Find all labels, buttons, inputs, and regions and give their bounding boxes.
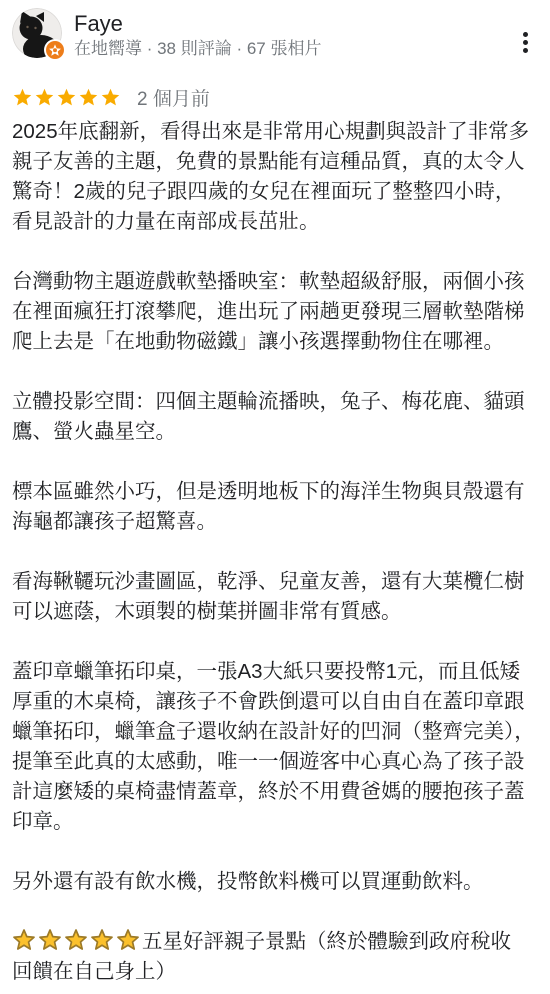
star-emoji-icon bbox=[116, 928, 140, 952]
local-guide-badge-icon bbox=[44, 39, 66, 61]
review-header: Faye 在地嚮導 · 38 則評論 · 67 張相片 bbox=[0, 0, 550, 59]
star-emoji-icon bbox=[64, 928, 88, 952]
review-paragraph: 立體投影空間：四個主題輪流播映，兔子、梅花鹿、貓頭 鷹、螢火蟲星空。 bbox=[12, 387, 538, 447]
star-icon bbox=[56, 87, 77, 108]
reviewer-info: Faye 在地嚮導 · 38 則評論 · 67 張相片 bbox=[74, 8, 321, 59]
reviewer-meta: 在地嚮導 · 38 則評論 · 67 張相片 bbox=[74, 38, 321, 59]
review-card: Faye 在地嚮導 · 38 則評論 · 67 張相片 2 個月前 2025年底… bbox=[0, 0, 550, 994]
review-closing-line: 五星好評親子景點（終於體驗到政府稅收 回饋在自己身上） bbox=[12, 927, 538, 987]
star-icon bbox=[78, 87, 99, 108]
avatar[interactable] bbox=[12, 8, 62, 58]
star-emoji-icon bbox=[90, 928, 114, 952]
more-options-icon[interactable] bbox=[519, 26, 532, 59]
star-icon bbox=[38, 928, 62, 952]
star-icon bbox=[12, 87, 33, 108]
star-icon bbox=[64, 928, 88, 952]
star-icon bbox=[116, 928, 140, 952]
rating-stars bbox=[12, 87, 122, 108]
star-emoji-icon bbox=[12, 928, 36, 952]
review-paragraph: 看海鞦韆玩沙畫圖區，乾淨、兒童友善，還有大葉欖仁樹 可以遮蔭，木頭製的樹葉拼圖非… bbox=[12, 567, 538, 627]
review-paragraph: 蓋印章蠟筆拓印桌，一張A3大紙只要投幣1元，而且低矮 厚重的木桌椅，讓孩子不會跌… bbox=[12, 657, 538, 837]
review-body: 2025年底翻新，看得出來是非常用心規劃與設計了非常多 親子友善的主題，免費的景… bbox=[0, 117, 550, 987]
review-paragraph: 標本區雖然小巧，但是透明地板下的海洋生物與貝殼還有 海龜都讓孩子超驚喜。 bbox=[12, 477, 538, 537]
rating-row: 2 個月前 bbox=[0, 86, 550, 108]
star-icon bbox=[34, 87, 55, 108]
review-paragraph: 2025年底翻新，看得出來是非常用心規劃與設計了非常多 親子友善的主題，免費的景… bbox=[12, 117, 538, 237]
review-paragraph: 台灣動物主題遊戲軟墊播映室：軟墊超級舒服，兩個小孩 在裡面瘋狂打滾攀爬，進出玩了… bbox=[12, 267, 538, 357]
reviewer-name[interactable]: Faye bbox=[74, 11, 321, 37]
star-emoji-icon bbox=[38, 928, 62, 952]
star-icon bbox=[100, 87, 121, 108]
review-age: 2 個月前 bbox=[137, 84, 210, 111]
star-icon bbox=[12, 928, 36, 952]
star-icon bbox=[90, 928, 114, 952]
review-paragraph: 另外還有設有飲水機，投幣飲料機可以買運動飲料。 bbox=[12, 867, 538, 897]
